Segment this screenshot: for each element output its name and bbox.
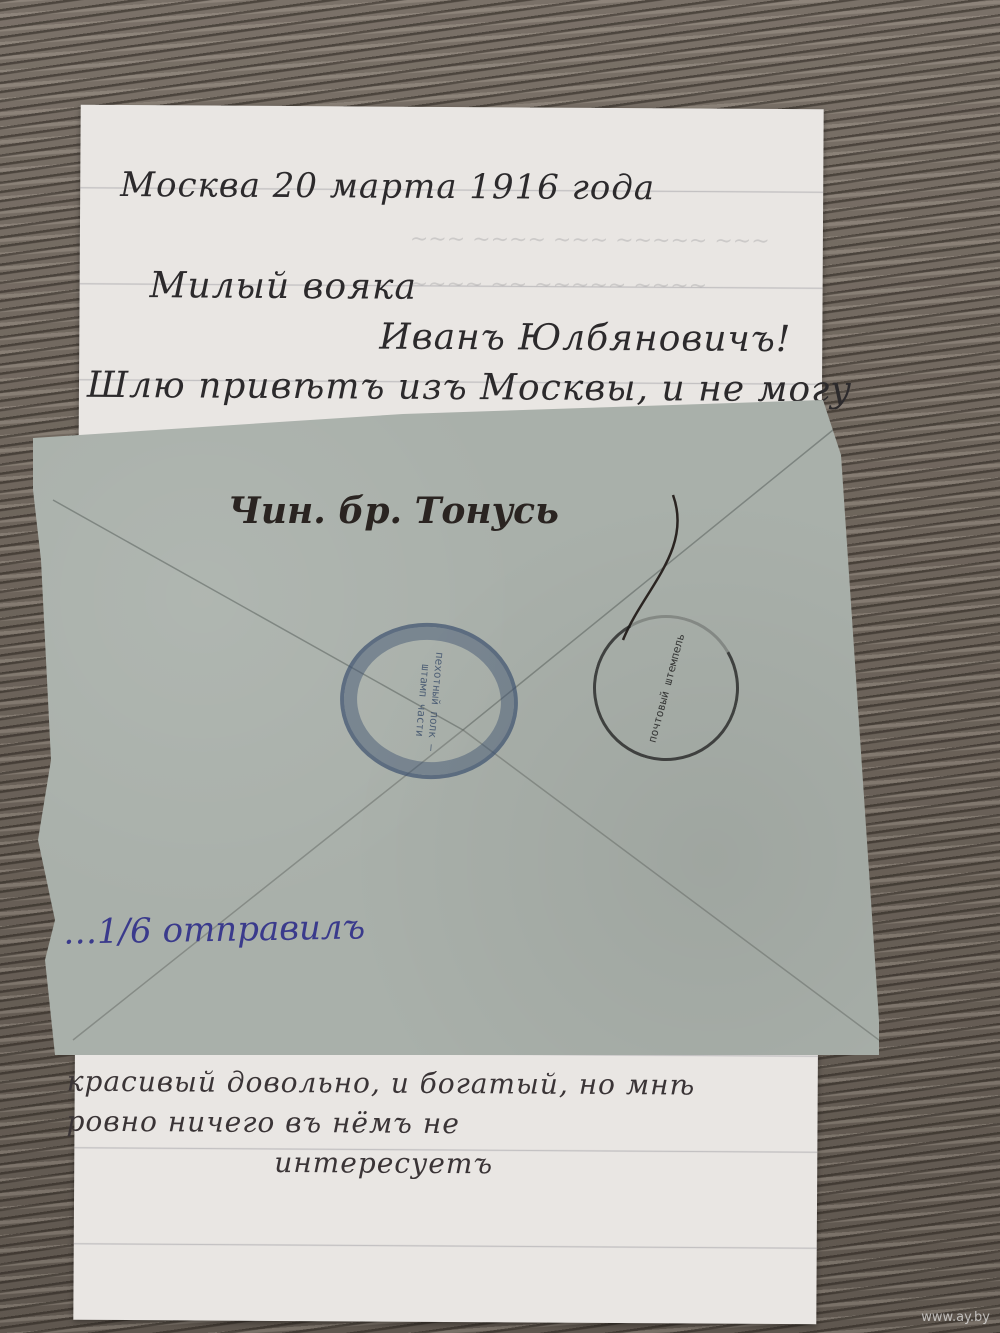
postmark-text: почтовый штемпель bbox=[638, 625, 694, 752]
unit-stamp-text: пехотный полк — штамп части bbox=[404, 626, 455, 777]
envelope: Чин. бр. Тонусь пехотный полк — штамп ча… bbox=[33, 400, 879, 1055]
envelope-violet-note: …1/6 отправилъ bbox=[63, 907, 366, 952]
letter-date-line: Москва 20 марта 1916 года bbox=[120, 165, 655, 208]
bleed-through-text: ~~~~ ~~ ~~~~~ ~~~~ bbox=[410, 272, 708, 299]
letter-greeting: Милый вояка bbox=[149, 265, 417, 308]
bleed-through-text: ~~~ ~~~~ ~~~ ~~~~~ ~~~ bbox=[410, 227, 770, 254]
letter-addressee: Иванъ Юлбяновичъ! bbox=[379, 317, 791, 361]
site-watermark: www.ay.by bbox=[921, 1310, 990, 1325]
letter-body-line: интересуетъ bbox=[274, 1146, 493, 1180]
envelope-sender-handwriting: Чин. бр. Тонусь bbox=[228, 490, 559, 532]
letter-body-line: ровно ничего въ нёмъ не bbox=[66, 1105, 460, 1140]
letter-body-line: красивый довольно, и богатый, но мнѣ bbox=[67, 1065, 696, 1102]
